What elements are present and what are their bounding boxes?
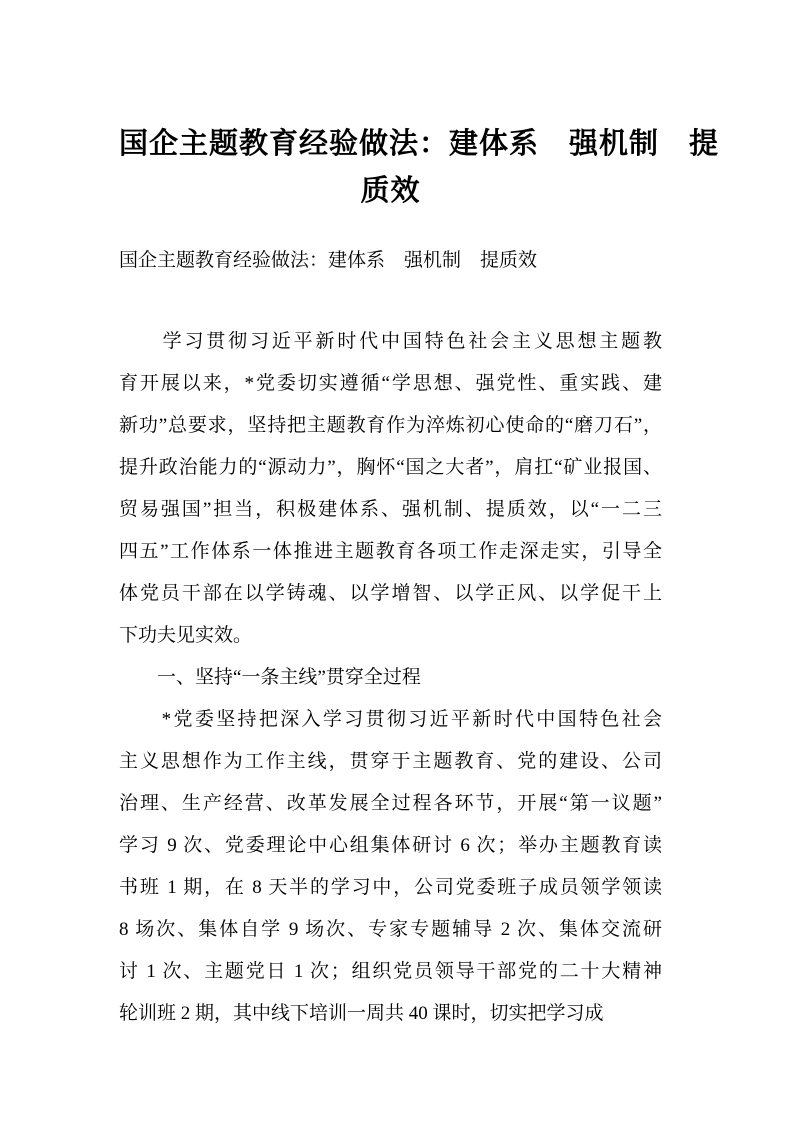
text-line: 主义思想作为工作主线，贯穿于主题教育、党的建设、公司 [119,741,662,783]
text-line: *党委坚持把深入学习贯彻习近平新时代中国特色社会 [119,699,662,741]
text-line: 下功夫见实效。 [119,615,662,657]
text-line: 四五”工作体系一体推进主题教育各项工作走深走实，引导全 [119,531,662,573]
subtitle: 国企主题教育经验做法：建体系 强机制 提质效 [119,240,662,282]
text-line: 治理、生产经营、改革发展全过程各环节，开展“第一议题” [119,783,662,825]
text-line: 一、坚持“一条主线”贯穿全过程 [119,657,662,699]
body-paragraph: *党委坚持把深入学习贯彻习近平新时代中国特色社会主义思想作为工作主线，贯穿于主题… [119,699,662,1035]
text-line: 学习贯彻习近平新时代中国特色社会主义思想主题教 [119,321,662,363]
document-page: 国企主题教育经验做法：建体系 强机制 提 质效 国企主题教育经验做法：建体系 强… [0,0,793,1122]
title-line: 质效 [119,168,662,215]
text-line: 讨 1 次、主题党日 1 次；组织党员领导干部党的二十大精神 [119,951,662,993]
text-line: 轮训班 2 期，其中线下培训一周共 40 课时，切实把学习成 [119,993,662,1035]
document-title: 国企主题教育经验做法：建体系 强机制 提 质效 [119,121,662,215]
body-paragraph: 学习贯彻习近平新时代中国特色社会主义思想主题教育开展以来，*党委切实遵循“学思想… [119,321,662,657]
text-line: 书班 1 期，在 8 天半的学习中，公司党委班子成员领学领读 [119,867,662,909]
document-body: 学习贯彻习近平新时代中国特色社会主义思想主题教育开展以来，*党委切实遵循“学思想… [119,321,662,1035]
text-line: 提升政治能力的“源动力”，胸怀“国之大者”，肩扛“矿业报国、 [119,447,662,489]
text-line: 体党员干部在以学铸魂、以学增智、以学正风、以学促干上 [119,573,662,615]
text-line: 贸易强国”担当，积极建体系、强机制、提质效，以“一二三 [119,489,662,531]
text-line: 8 场次、集体自学 9 场次、专家专题辅导 2 次、集体交流研 [119,909,662,951]
text-line: 育开展以来，*党委切实遵循“学思想、强党性、重实践、建 [119,363,662,405]
text-line: 新功”总要求，坚持把主题教育作为淬炼初心使命的“磨刀石”， [119,405,662,447]
title-line: 国企主题教育经验做法：建体系 强机制 提 [119,121,662,168]
text-line: 学习 9 次、党委理论中心组集体研讨 6 次；举办主题教育读 [119,825,662,867]
section-heading: 一、坚持“一条主线”贯穿全过程 [119,657,662,699]
